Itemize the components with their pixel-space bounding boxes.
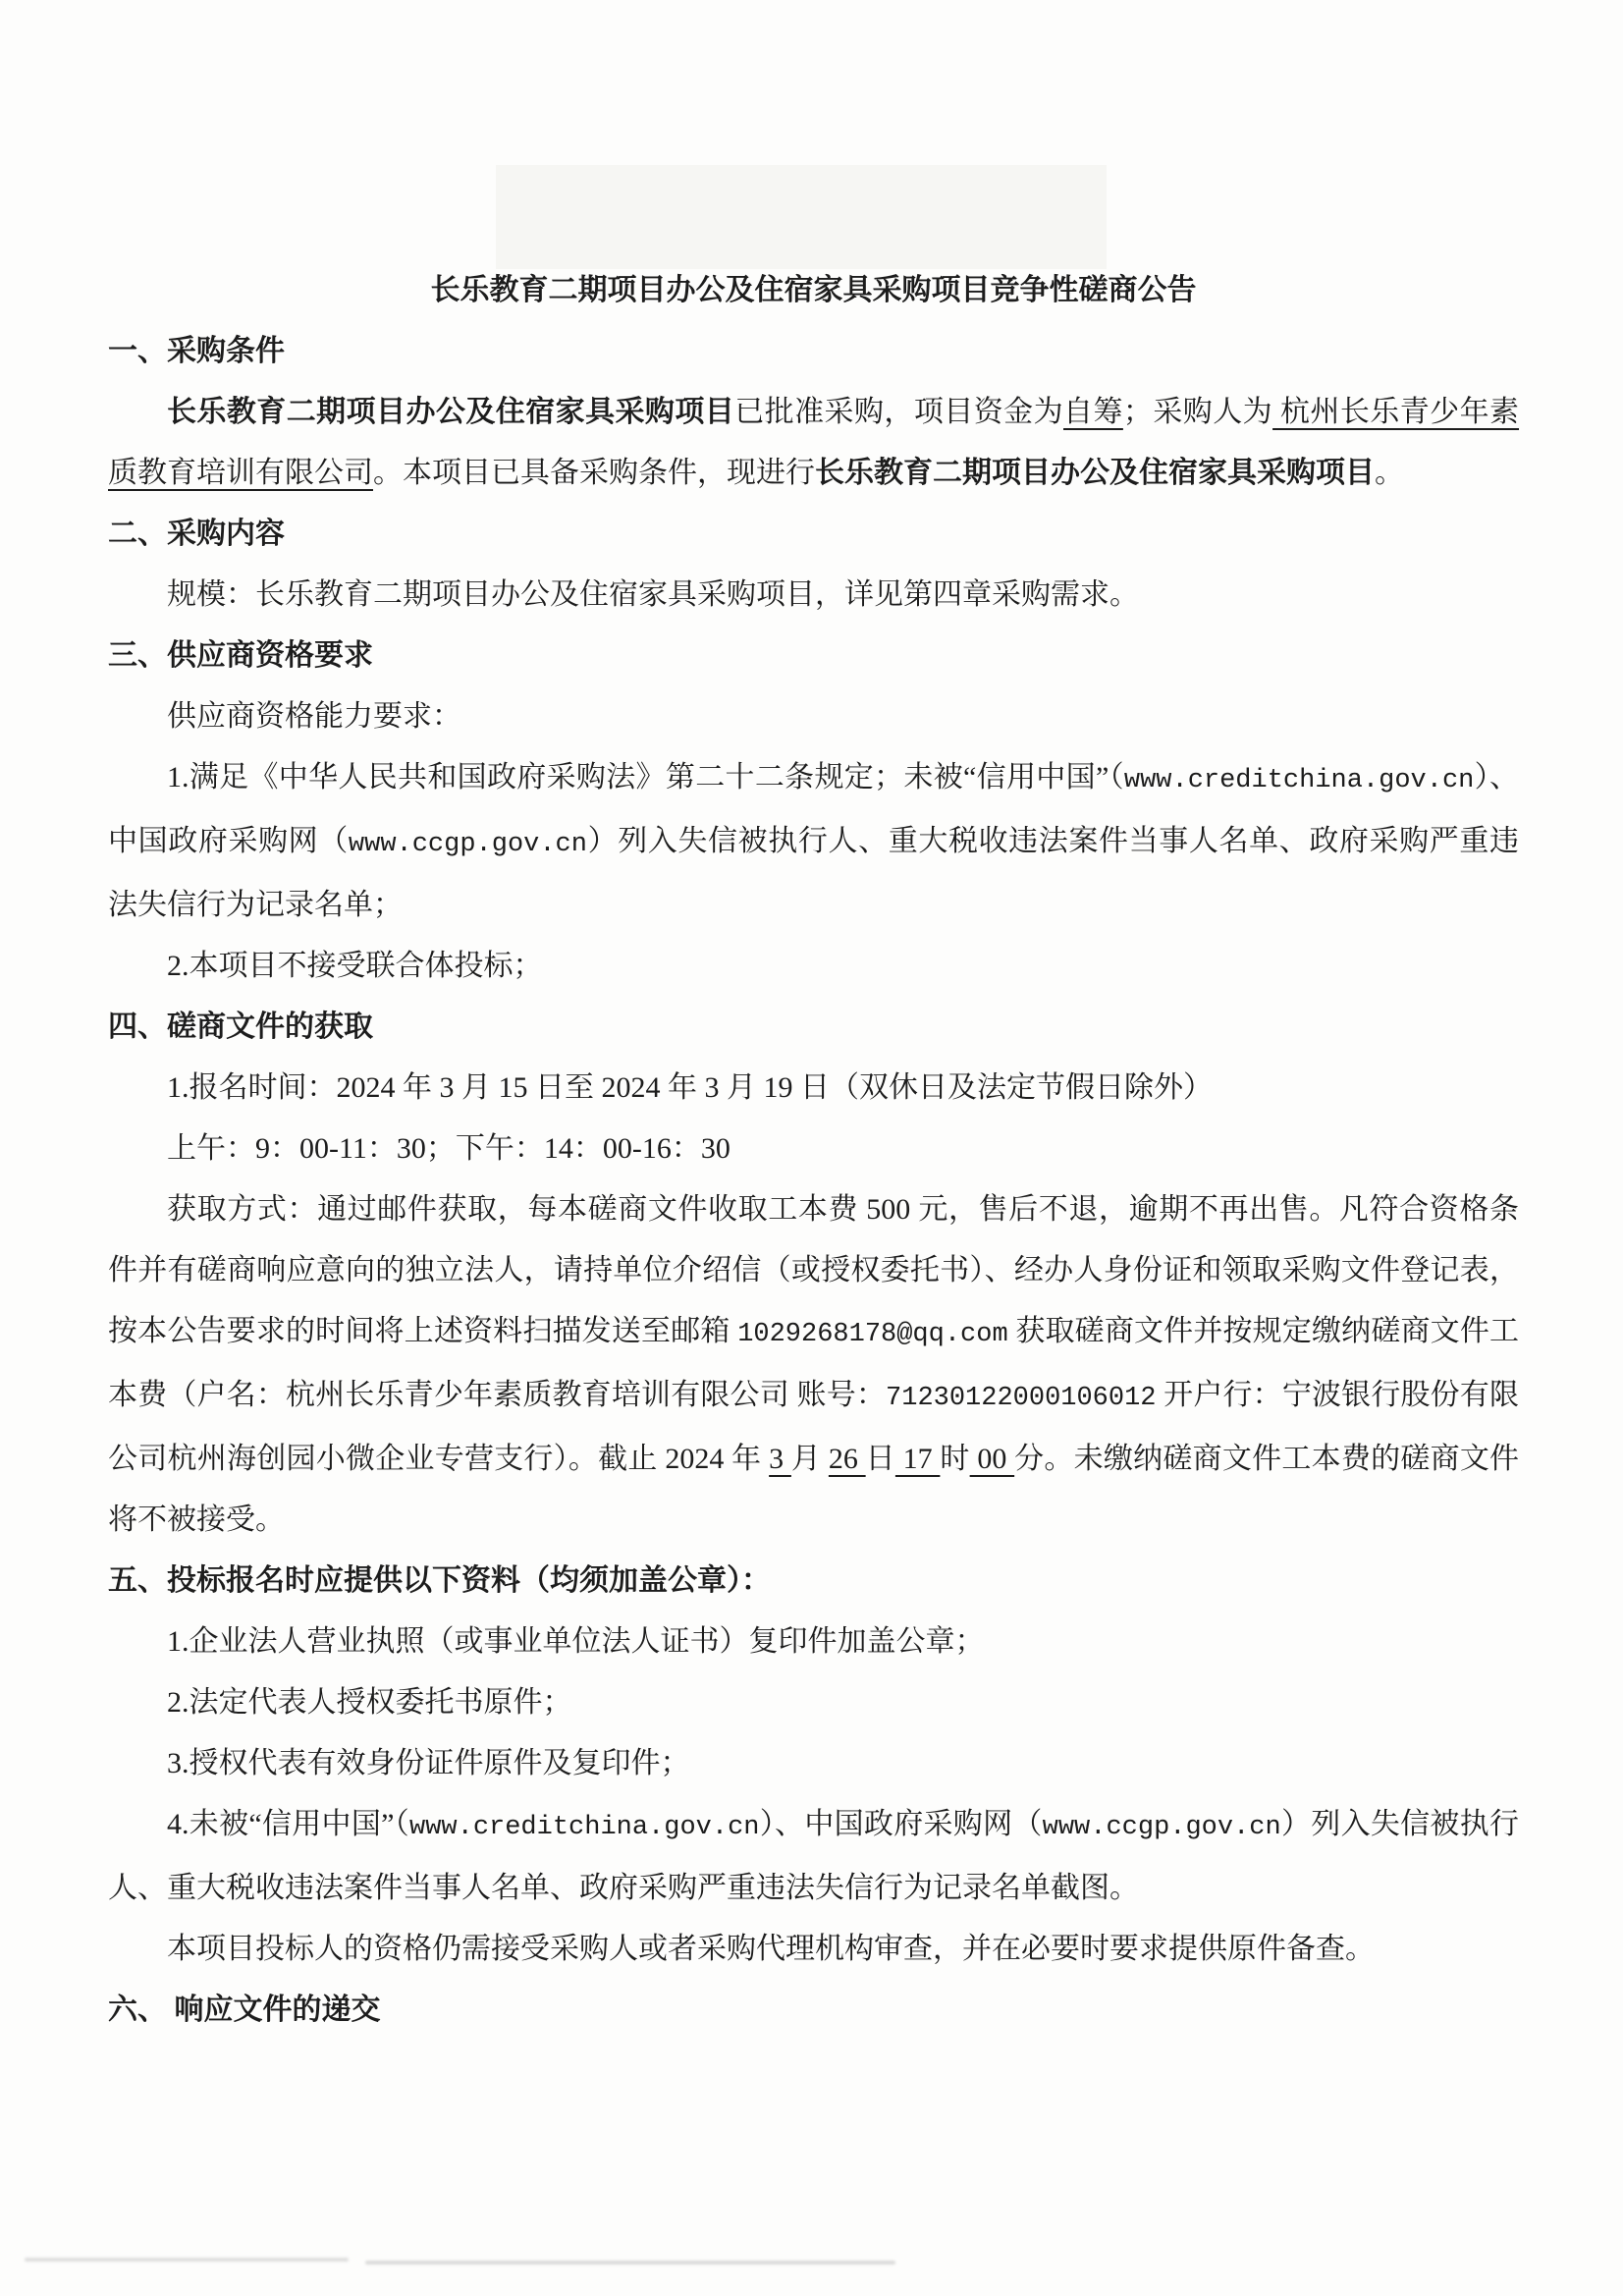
section-heading-procurement-conditions: 一、采购条件 <box>108 321 1519 382</box>
text-segment-account-number: 71230122000106012 <box>886 1384 1156 1413</box>
document-title: 长乐教育二期项目办公及住宿家具采购项目竞争性磋商公告 <box>108 260 1519 321</box>
paragraph-material-item-4: 4.未被“信用中国”（www.creditchina.gov.cn）、中国政府采… <box>108 1794 1519 1919</box>
text-segment-deadline-hour: 17 <box>895 1443 941 1475</box>
text-segment: ）、中国政府采购网（ <box>759 1808 1042 1840</box>
section-heading-response-submission: 六、 响应文件的递交 <box>108 1980 1519 2041</box>
text-segment-deadline-month: 3 <box>769 1443 791 1475</box>
paragraph-qualification-item-1: 1.满足《中华人民共和国政府采购法》第二十二条规定；未被“信用中国”（www.c… <box>108 747 1519 936</box>
text-segment: 时 <box>940 1443 969 1475</box>
text-segment-email-address: 1029268178@qq.com <box>737 1320 1007 1349</box>
text-segment-project-name: 长乐教育二期项目办公及住宿家具采购项目 <box>815 457 1375 489</box>
paragraph-material-item-3: 3.授权代表有效身份证件原件及复印件； <box>108 1733 1519 1794</box>
paragraph-procurement-conditions: 长乐教育二期项目办公及住宿家具采购项目已批准采购，项目资金为自筹；采购人为 杭州… <box>108 382 1519 504</box>
paragraph-acquisition-method: 获取方式：通过邮件获取，每本磋商文件收取工本费 500 元，售后不退，逾期不再出… <box>108 1179 1519 1551</box>
document-page: 长乐教育二期项目办公及住宿家具采购项目竞争性磋商公告 一、采购条件 长乐教育二期… <box>0 0 1623 2296</box>
section-heading-required-materials: 五、投标报名时应提供以下资料（均须加盖公章）： <box>108 1551 1519 1612</box>
paragraph-material-item-1: 1.企业法人营业执照（或事业单位法人证书）复印件加盖公章； <box>108 1612 1519 1672</box>
text-segment-funding-source: 自筹 <box>1063 396 1123 428</box>
text-segment-ccgp-url: www.ccgp.gov.cn <box>349 830 587 859</box>
text-segment: 。本项目已具备采购条件，现进行 <box>373 457 815 489</box>
scan-artifact-smudge <box>25 2258 349 2262</box>
text-segment: 月 <box>791 1443 829 1475</box>
text-segment-deadline-minute: 00 <box>970 1443 1015 1475</box>
paragraph-scale: 规模：长乐教育二期项目办公及住宿家具采购项目，详见第四章采购需求。 <box>108 565 1519 626</box>
section-heading-supplier-qualification: 三、供应商资格要求 <box>108 626 1519 686</box>
section-heading-document-acquisition: 四、磋商文件的获取 <box>108 997 1519 1058</box>
text-segment-creditchina-url: www.creditchina.gov.cn <box>409 1813 759 1842</box>
text-segment: 4.未被“信用中国”（ <box>167 1808 409 1840</box>
document-body: 长乐教育二期项目办公及住宿家具采购项目竞争性磋商公告 一、采购条件 长乐教育二期… <box>108 260 1519 2041</box>
scan-artifact-box <box>496 165 1107 269</box>
paragraph-qualification-review-note: 本项目投标人的资格仍需接受采购人或者采购代理机构审查，并在必要时要求提供原件备查… <box>108 1919 1519 1980</box>
text-segment-ccgp-url: www.ccgp.gov.cn <box>1043 1813 1281 1842</box>
paragraph-registration-time: 1.报名时间：2024 年 3 月 15 日至 2024 年 3 月 19 日（… <box>108 1058 1519 1119</box>
text-segment-deadline-day: 26 <box>829 1443 866 1475</box>
text-segment-creditchina-url: www.creditchina.gov.cn <box>1124 766 1474 795</box>
section-heading-procurement-content: 二、采购内容 <box>108 504 1519 565</box>
paragraph-qualification-intro: 供应商资格能力要求： <box>108 686 1519 747</box>
text-segment: 已批准采购，项目资金为 <box>734 396 1063 428</box>
text-segment: ；采购人为 <box>1123 396 1272 428</box>
paragraph-qualification-item-2: 2.本项目不接受联合体投标； <box>108 936 1519 997</box>
scan-artifact-smudge <box>365 2261 895 2265</box>
text-segment: 。 <box>1375 457 1404 489</box>
paragraph-material-item-2: 2.法定代表人授权委托书原件； <box>108 1672 1519 1733</box>
text-segment: 1.满足《中华人民共和国政府采购法》第二十二条规定；未被“信用中国”（ <box>167 761 1124 793</box>
text-segment-project-name: 长乐教育二期项目办公及住宿家具采购项目 <box>167 396 734 428</box>
paragraph-office-hours: 上午：9：00-11：30；下午：14：00-16：30 <box>108 1119 1519 1179</box>
text-segment: 日 <box>866 1443 895 1475</box>
